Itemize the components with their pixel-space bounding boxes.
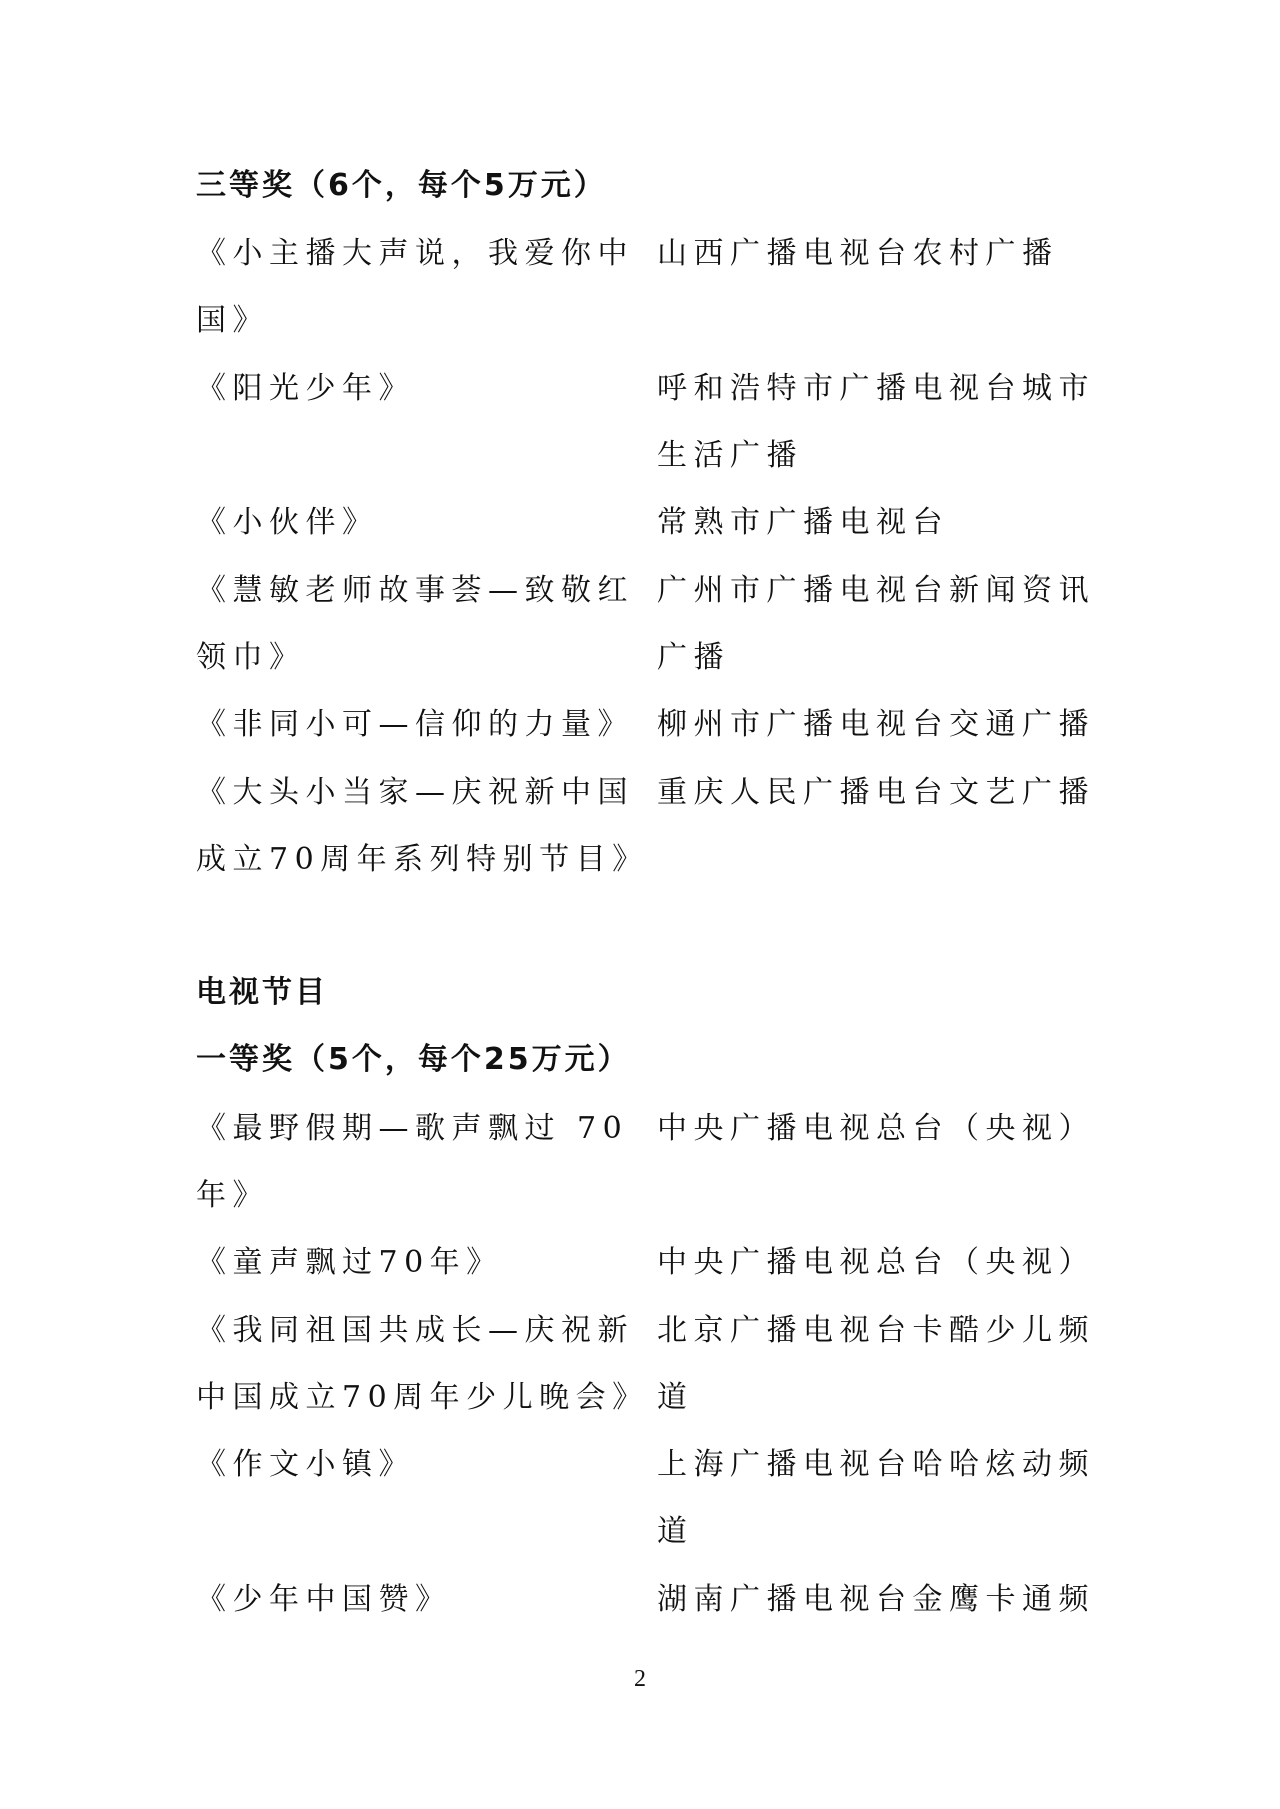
entry-org: 常熟市广播电视台 xyxy=(657,489,1097,556)
document-page: 三等奖（6个，每个5万元） 《小主播大声说，我爱你中国》 山西广播电视台农村广播… xyxy=(0,0,1280,1809)
entry-org: 中央广播电视总台（央视） xyxy=(657,1229,1097,1296)
entry-title: 《大头小当家—庆祝新中国成立70周年系列特别节目》 xyxy=(196,759,646,894)
entry-org: 湖南广播电视台金鹰卡通频 xyxy=(657,1566,1097,1633)
entry-org: 北京广播电视台卡酷少儿频道 xyxy=(657,1297,1097,1432)
entry-title: 《最野假期—歌声飘过 70年》 xyxy=(196,1095,646,1230)
entry-title: 《慧敏老师故事荟—致敬红领巾》 xyxy=(196,557,646,692)
entry-title: 《阳光少年》 xyxy=(196,355,646,422)
entry-org: 上海广播电视台哈哈炫动频道 xyxy=(657,1431,1097,1566)
first-prize-heading: 一等奖（5个，每个25万元） xyxy=(196,1040,631,1080)
entry-org: 重庆人民广播电台文艺广播 xyxy=(657,759,1097,826)
entry-title: 《小主播大声说，我爱你中国》 xyxy=(196,220,646,355)
entry-org: 广州市广播电视台新闻资讯广播 xyxy=(657,557,1097,692)
page-number: 2 xyxy=(0,1666,1280,1693)
entry-org: 呼和浩特市广播电视台城市生活广播 xyxy=(657,355,1097,490)
entry-title: 《童声飘过70年》 xyxy=(196,1229,646,1296)
entry-org: 中央广播电视总台（央视） xyxy=(657,1095,1097,1162)
entry-title: 《少年中国赞》 xyxy=(196,1566,646,1633)
tv-section-heading: 电视节目 xyxy=(196,973,328,1013)
entry-title: 《我同祖国共成长—庆祝新中国成立70周年少儿晚会》 xyxy=(196,1297,646,1432)
entry-org: 柳州市广播电视台交通广播 xyxy=(657,691,1097,758)
entry-org: 山西广播电视台农村广播 xyxy=(657,220,1097,287)
third-prize-heading: 三等奖（6个，每个5万元） xyxy=(196,166,607,206)
entry-title: 《小伙伴》 xyxy=(196,489,646,556)
entry-title: 《非同小可—信仰的力量》 xyxy=(196,691,646,758)
entry-title: 《作文小镇》 xyxy=(196,1431,646,1498)
